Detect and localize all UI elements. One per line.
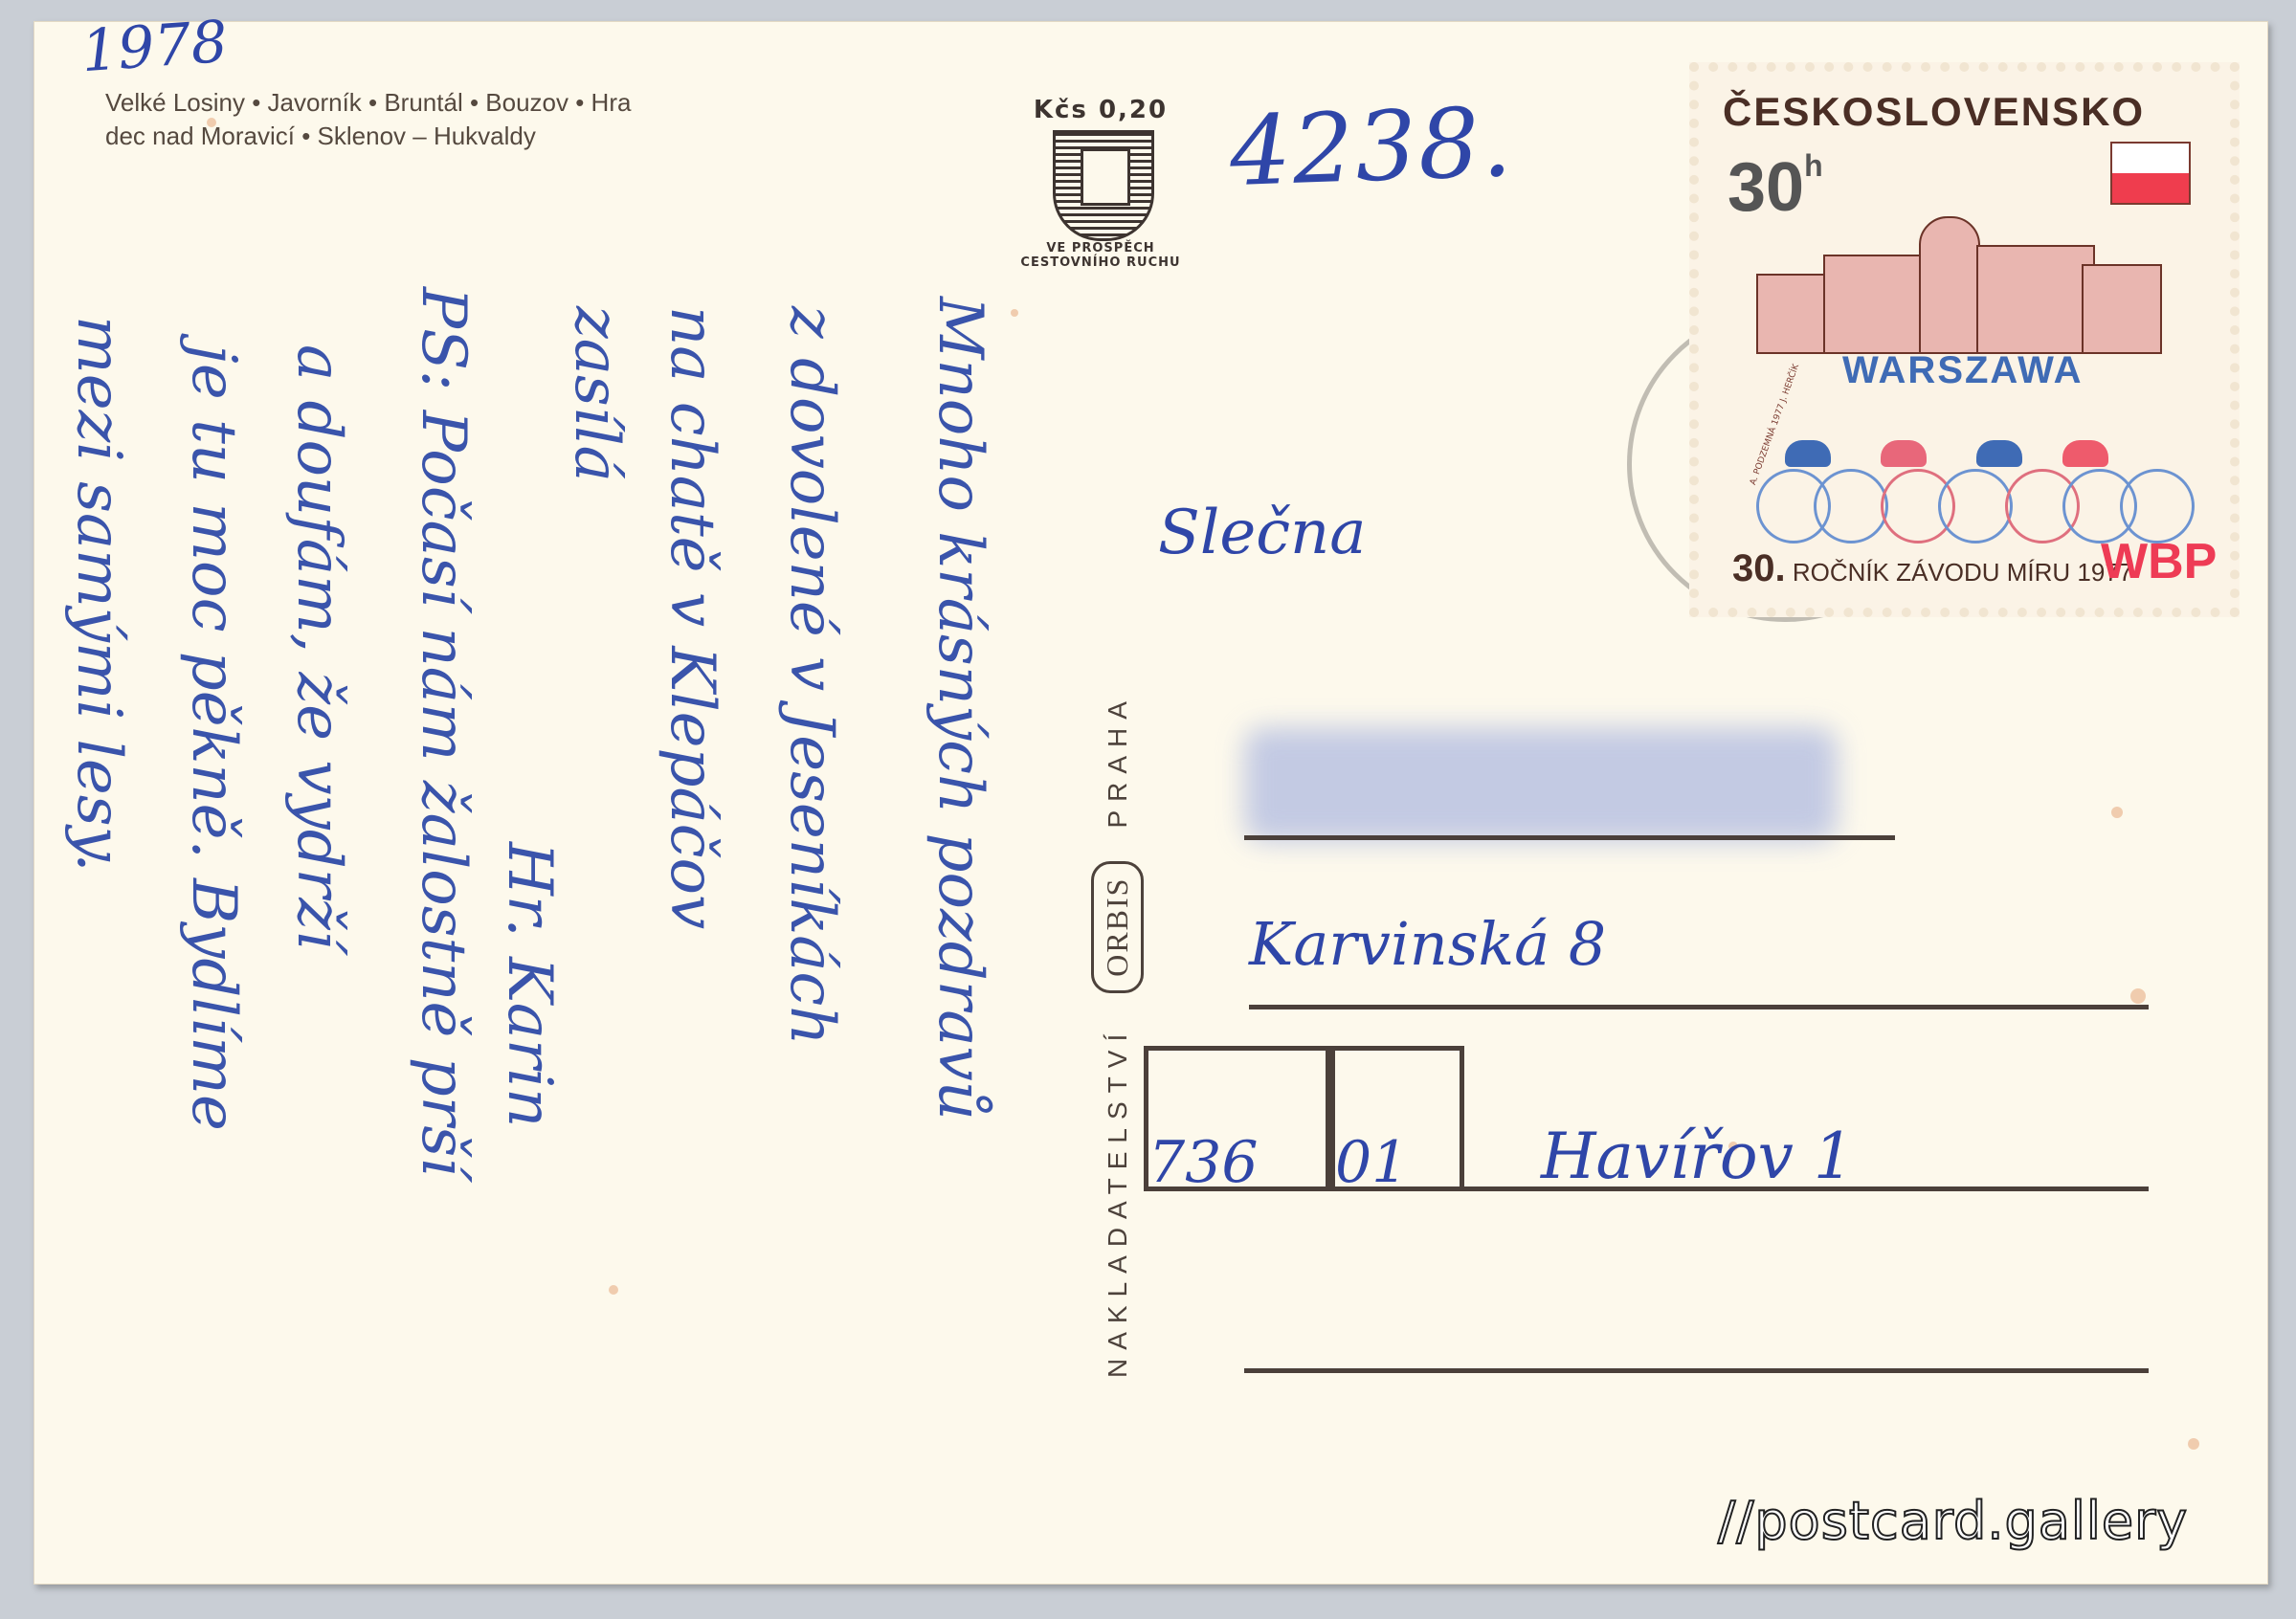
message-line: zasílá — [561, 306, 632, 482]
emblem-arc-text: VE PROSPĚCH CESTOVNÍHO RUCHU — [1005, 241, 1196, 270]
address-line — [1249, 1005, 2149, 1009]
address-salutation: Slečna — [1158, 498, 1366, 568]
caption-line: Velké Losiny • Javorník • Bruntál • Bouz… — [105, 86, 631, 120]
stamp-abbr: WBP — [2101, 533, 2217, 590]
castle-shield-icon — [1053, 130, 1154, 241]
ps-line: je tu moc pěkně. Bydlíme — [178, 344, 249, 1131]
stamp-city: WARSZAWA — [1842, 349, 2084, 392]
publisher-name: NAKLADATELSTVÍ — [1103, 1026, 1133, 1378]
stain — [1011, 309, 1018, 317]
message-line: Mnoho krásných pozdravů — [925, 297, 995, 1120]
cyclists-illustration — [1756, 402, 2196, 545]
message-line: z dovolené v Jeseníkách — [776, 306, 847, 1045]
watermark: //postcard.gallery — [1718, 1491, 2188, 1551]
location-caption: Velké Losiny • Javorník • Bruntál • Bouz… — [105, 86, 631, 153]
publisher-city: PRAHA — [1103, 693, 1133, 828]
warsaw-skyline-illustration — [1756, 211, 2187, 354]
address-line — [1144, 1187, 2149, 1191]
stamp-value-unit: h — [1804, 148, 1823, 183]
stain — [609, 1285, 618, 1295]
emblem-price: Kčs 0,20 — [1005, 96, 1196, 124]
stain — [2130, 988, 2146, 1004]
ps-line: mezi samými lesy. — [63, 316, 134, 873]
ps-line: PS: Počasí nám žalostně prší — [408, 287, 479, 1177]
reference-number: 4238. — [1228, 86, 1515, 208]
recipient-name-redacted — [1244, 727, 1838, 842]
year-note: 1978 — [79, 9, 230, 85]
ps-line: a doufám, že vydrží — [283, 344, 354, 949]
tourism-tax-emblem: Kčs 0,20 VE PROSPĚCH CESTOVNÍHO RUCHU — [1005, 96, 1196, 268]
caption-line: dec nad Moravicí • Sklenov – Hukvaldy — [105, 120, 631, 153]
address-street: Karvinská 8 — [1249, 909, 1606, 979]
message-signature: Hr. Karin — [494, 842, 565, 1127]
publisher-imprint: NAKLADATELSTVÍ ORBIS PRAHA — [1091, 693, 1144, 1378]
stamp-edition: 30. — [1732, 547, 1786, 589]
stamp-event: 30. ROČNÍK ZÁVODU MÍRU 1977 — [1732, 547, 2132, 590]
address-town: Havířov 1 — [1541, 1120, 1854, 1193]
castle-icon — [1081, 148, 1130, 206]
orbis-logo: ORBIS — [1091, 861, 1144, 993]
message-line: na chatě v Klepáčov — [657, 306, 727, 929]
address-line — [1244, 1368, 2149, 1373]
stain — [2111, 807, 2123, 818]
stamp-country: ČESKOSLOVENSKO — [1723, 89, 2145, 135]
stain — [2188, 1438, 2199, 1450]
postage-stamp: ČESKOSLOVENSKO 30h WARSZAWA A. PODZEMNÁ … — [1689, 62, 2240, 617]
stamp-event-text: ROČNÍK ZÁVODU MÍRU 1977 — [1793, 558, 2132, 587]
polish-flag-icon — [2110, 142, 2191, 205]
address-line — [1244, 835, 1895, 840]
